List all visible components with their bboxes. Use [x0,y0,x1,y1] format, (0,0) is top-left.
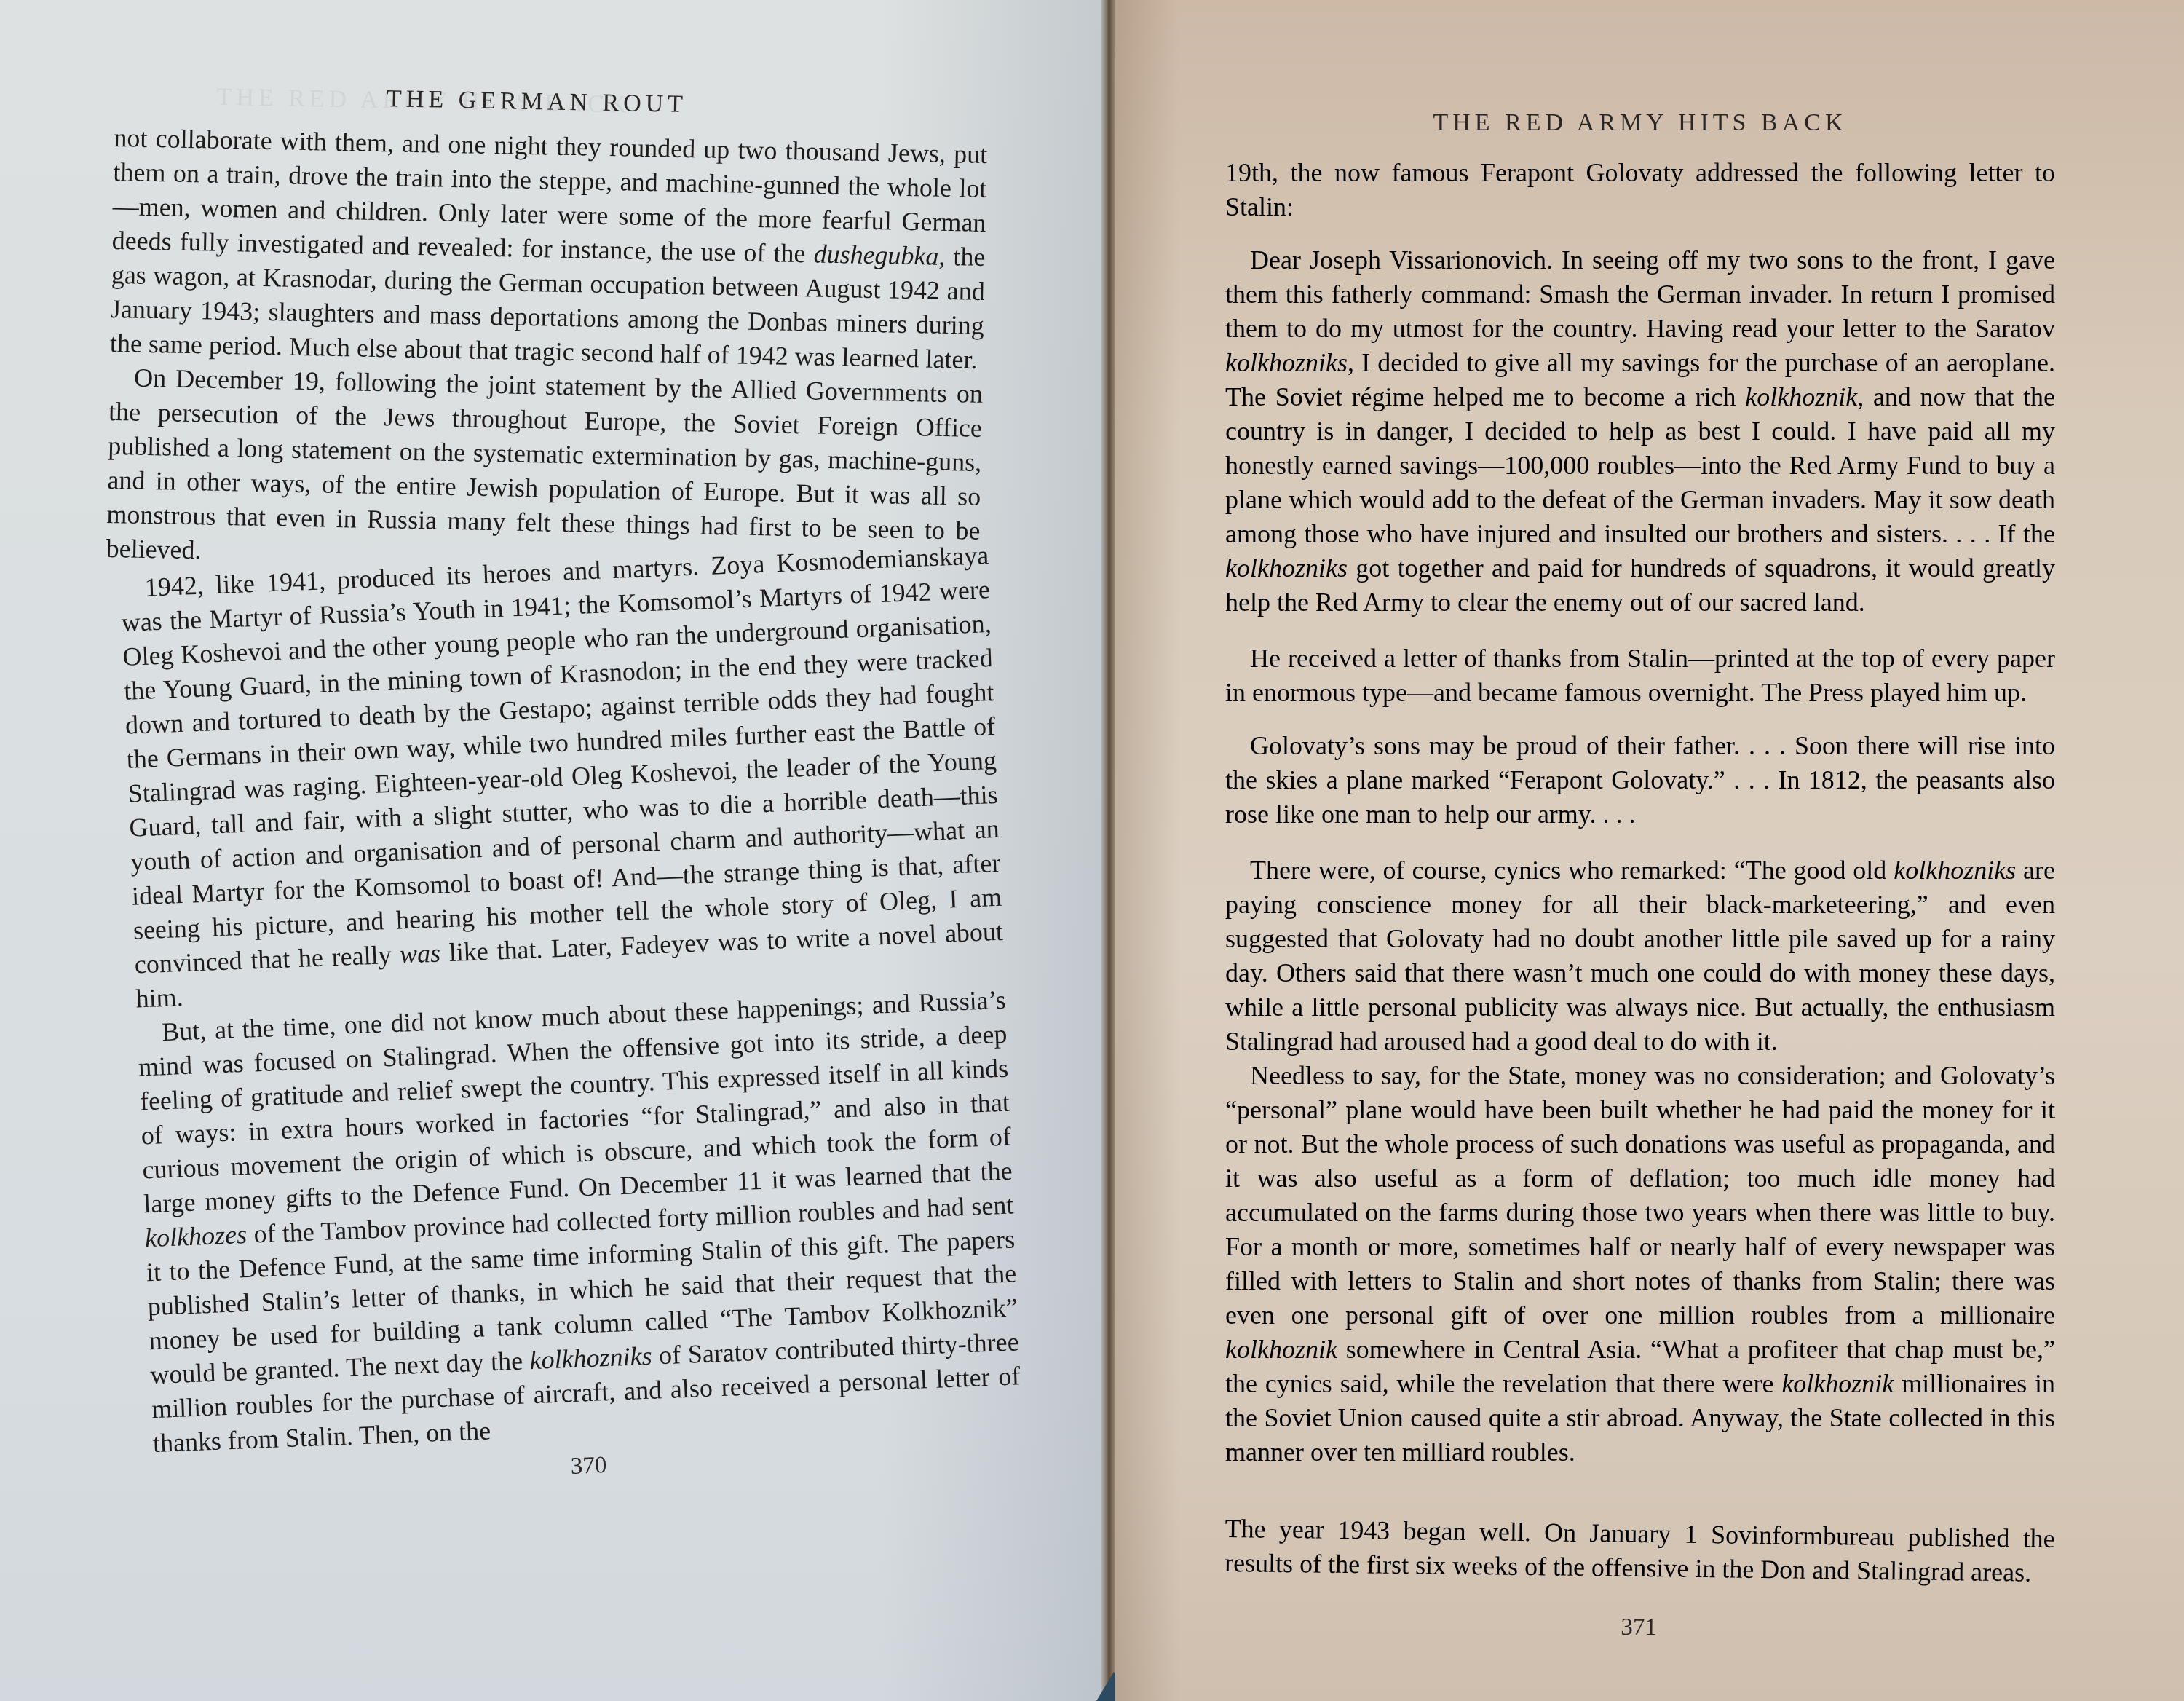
left-body-upper: not collaborate with them, and one night… [106,121,988,583]
left-page-upper: THE RED ARMY HITS BACK THE GERMAN ROUT n… [106,80,989,583]
section-break [1225,1469,2055,1512]
left-page-lower: 1942, like 1941, produced its heroes and… [119,538,1024,1496]
left-page: THE RED ARMY HITS BACK THE GERMAN ROUT n… [0,0,1101,1701]
running-head-right: THE RED ARMY HITS BACK [1225,109,2055,137]
right-body: 19th, the now famous Ferapont Golovaty a… [1225,156,2055,1636]
intro-paragraph: 19th, the now famous Ferapont Golovaty a… [1225,156,2055,224]
press-quote-block: Golovaty’s sons may be proud of their fa… [1225,729,2055,832]
letter-quote: Dear Joseph Vissarionovich. In seeing of… [1225,243,2055,620]
closing-paragraph: The year 1943 began well. On January 1 S… [1224,1512,2055,1590]
paragraph: Needless to say, for the State, money wa… [1225,1059,2055,1469]
press-quote: Golovaty’s sons may be proud of their fa… [1225,729,2055,832]
paragraph: But, at the time, one did not know much … [136,983,1022,1461]
book-spine [1101,0,1115,1701]
paragraph: There were, of course, cynics who remark… [1225,853,2055,1059]
letter-quote-block: Dear Joseph Vissarionovich. In seeing of… [1225,243,2055,620]
thanks-paragraph: He received a letter of thanks from Stal… [1225,642,2055,710]
right-page-frame: THE RED ARMY HITS BACK 19th, the now fam… [1225,109,2055,1636]
paragraph: 1942, like 1941, produced its heroes and… [119,538,1005,1016]
left-body-lower: 1942, like 1941, produced its heroes and… [119,538,1022,1461]
left-page-frame: THE RED ARMY HITS BACK THE GERMAN ROUT n… [115,80,989,1497]
closing-block: The year 1943 began well. On January 1 S… [1224,1512,2055,1646]
paragraph: not collaborate with them, and one night… [110,121,988,377]
book-spread: THE RED ARMY HITS BACK THE GERMAN ROUT n… [0,0,2184,1701]
